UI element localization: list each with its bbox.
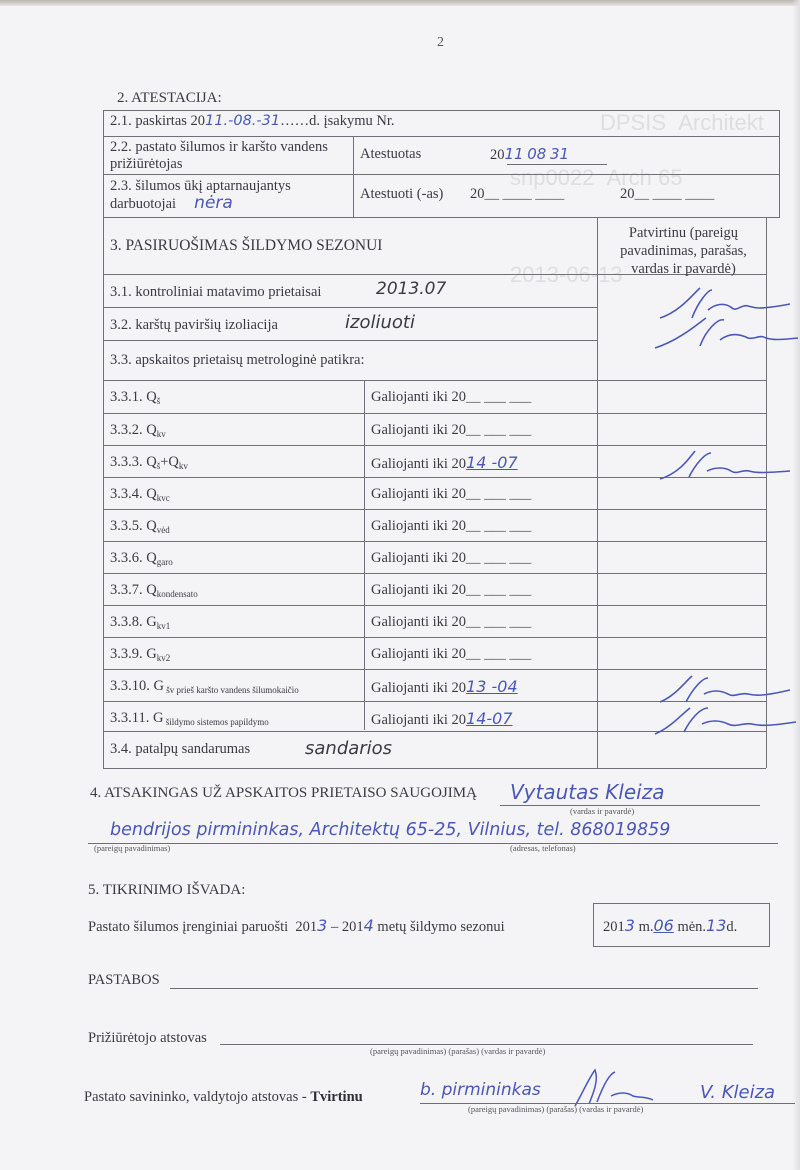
- meter-label: 3.3.5. Qvėd: [110, 518, 170, 539]
- signature-icon: [640, 672, 800, 738]
- handwritten-attest-month: 08: [527, 145, 546, 163]
- paper-right-edge: [792, 0, 800, 1170]
- meter-label: 3.3.6. Qgaro: [110, 550, 173, 571]
- page-number: 2: [437, 35, 444, 51]
- attested-workers-label: Atestuoti (-as): [360, 186, 443, 203]
- supervisor-label: Prižiūrėtojo atstovas: [88, 1030, 207, 1047]
- section-5-title: 5. TIKRINIMO IŠVADA:: [88, 882, 245, 899]
- handwritten-attest-day: 31: [550, 145, 569, 163]
- section-4-title: 4. ATSAKINGAS UŽ APSKAITOS PRIETAISO SAU…: [90, 785, 477, 802]
- meter-label: 3.3.1. Qš: [110, 389, 160, 410]
- supervisor-caption: (pareigų pavadinimas) (parašas) (vardas …: [370, 1046, 545, 1056]
- position-caption: (pareigų pavadinimas): [94, 843, 170, 853]
- paper-top-edge: [0, 0, 800, 6]
- row-2-2-label: 2.2. pastato šilumos ir karšto vandens p…: [110, 139, 328, 173]
- item-3-4-handwritten: sandarios: [305, 740, 392, 757]
- attested-label: Atestuotas: [360, 146, 421, 163]
- signature-icon: [640, 282, 800, 352]
- meter-valid-until: Galiojanti iki 20__ ___ ___: [371, 486, 531, 503]
- meter-valid-until: Galiojanti iki 20__ ___ ___: [371, 550, 531, 567]
- item-3-2-label: 3.2. karštų paviršių izoliacija: [110, 317, 278, 334]
- meter-label: 3.3.3. Qš+Qkv: [110, 454, 188, 475]
- readiness-statement: Pastato šilumos įrenginiai paruošti 2013…: [88, 917, 505, 936]
- section-2-title: 2. ATESTACIJA:: [117, 90, 222, 107]
- meter-label: 3.3.4. Qkvc: [110, 486, 170, 507]
- signature-icon: [655, 445, 795, 485]
- responsible-person-name: Vytautas Kleiza: [510, 780, 664, 804]
- meter-valid-until: Galiojanti iki 2014-07: [371, 710, 513, 729]
- meter-label: 3.3.10. G šv prieš karšto vandens šilumo…: [110, 678, 299, 699]
- item-3-3-label: 3.3. apskaitos prietaisų metrologinė pat…: [110, 352, 365, 369]
- address-caption: (adresas, telefonas): [510, 843, 576, 853]
- item-3-1-label: 3.1. kontroliniai matavimo prietaisai: [110, 284, 321, 301]
- meter-valid-until: Galiojanti iki 2013 -04: [371, 678, 518, 697]
- meter-label: 3.3.2. Qkv: [110, 422, 166, 443]
- handwritten-workers: nėra: [194, 193, 233, 213]
- meter-valid-until: Galiojanti iki 20__ ___ ___: [371, 389, 531, 406]
- conclusion-date: 2013 m.06 mėn.13d.: [603, 917, 737, 936]
- meter-label: 3.3.11. G šildymo sistemos papildymo: [110, 710, 269, 731]
- item-3-4-label: 3.4. patalpų sandarumas: [110, 741, 250, 758]
- handwritten-attest-year: 11: [505, 145, 524, 163]
- meter-valid-until: Galiojanti iki 2014 -07: [371, 454, 518, 473]
- attested-workers-date-2: 20__ ____ ____: [620, 186, 714, 203]
- row-2-1-suffix: ……d. įsakymu Nr.: [280, 113, 394, 129]
- section-3-title: 3. PASIRUOŠIMAS ŠILDYMO SEZONUI: [110, 237, 382, 254]
- meter-valid-until: Galiojanti iki 20__ ___ ___: [371, 614, 531, 631]
- meter-label: 3.3.8. Gkv1: [110, 614, 170, 635]
- meter-label: 3.3.7. Qkondensato: [110, 582, 198, 603]
- meter-valid-until: Galiojanti iki 20__ ___ ___: [371, 582, 531, 599]
- meter-valid-until: Galiojanti iki 20__ ___ ___: [371, 422, 531, 439]
- item-3-2-handwritten: izoliuoti: [345, 314, 415, 331]
- owner-name: V. Kleiza: [700, 1082, 775, 1103]
- row-2-1: 2.1. paskirtas 2011.-08.-31……d. įsakymu …: [110, 113, 394, 130]
- handwritten-order-date: 11.-08.-31: [205, 113, 280, 129]
- item-3-1-handwritten: 2013.07: [376, 281, 446, 298]
- meter-valid-until: Galiojanti iki 20__ ___ ___: [371, 518, 531, 535]
- owner-caption: (pareigų pavadinimas) (parašas) (vardas …: [468, 1104, 643, 1114]
- remarks-label: PASTABOS: [88, 972, 160, 989]
- owner-position: b. pirmininkas: [420, 1080, 541, 1100]
- row-2-1-prefix: 2.1. paskirtas 20: [110, 113, 205, 129]
- confirm-column-header: Patvirtinu (pareigų pavadinimas, parašas…: [606, 224, 761, 278]
- attested-workers-date-1: 20__ ____ ____: [470, 186, 564, 203]
- row-2-3-label: 2.3. šilumos ūkį aptarnaujantys darbuoto…: [110, 178, 291, 213]
- responsible-person-details: bendrijos pirmininkas, Architektų 65-25,…: [110, 820, 670, 840]
- meter-valid-until: Galiojanti iki 20__ ___ ___: [371, 646, 531, 663]
- bleed-through-text: DPSIS Architekt: [600, 110, 764, 136]
- name-caption: (vardas ir pavardė): [570, 806, 634, 816]
- attested-date: 2011 08 31: [490, 146, 569, 164]
- owner-label: Pastato savininko, valdytojo atstovas - …: [84, 1089, 363, 1106]
- meter-label: 3.3.9. Gkv2: [110, 646, 170, 667]
